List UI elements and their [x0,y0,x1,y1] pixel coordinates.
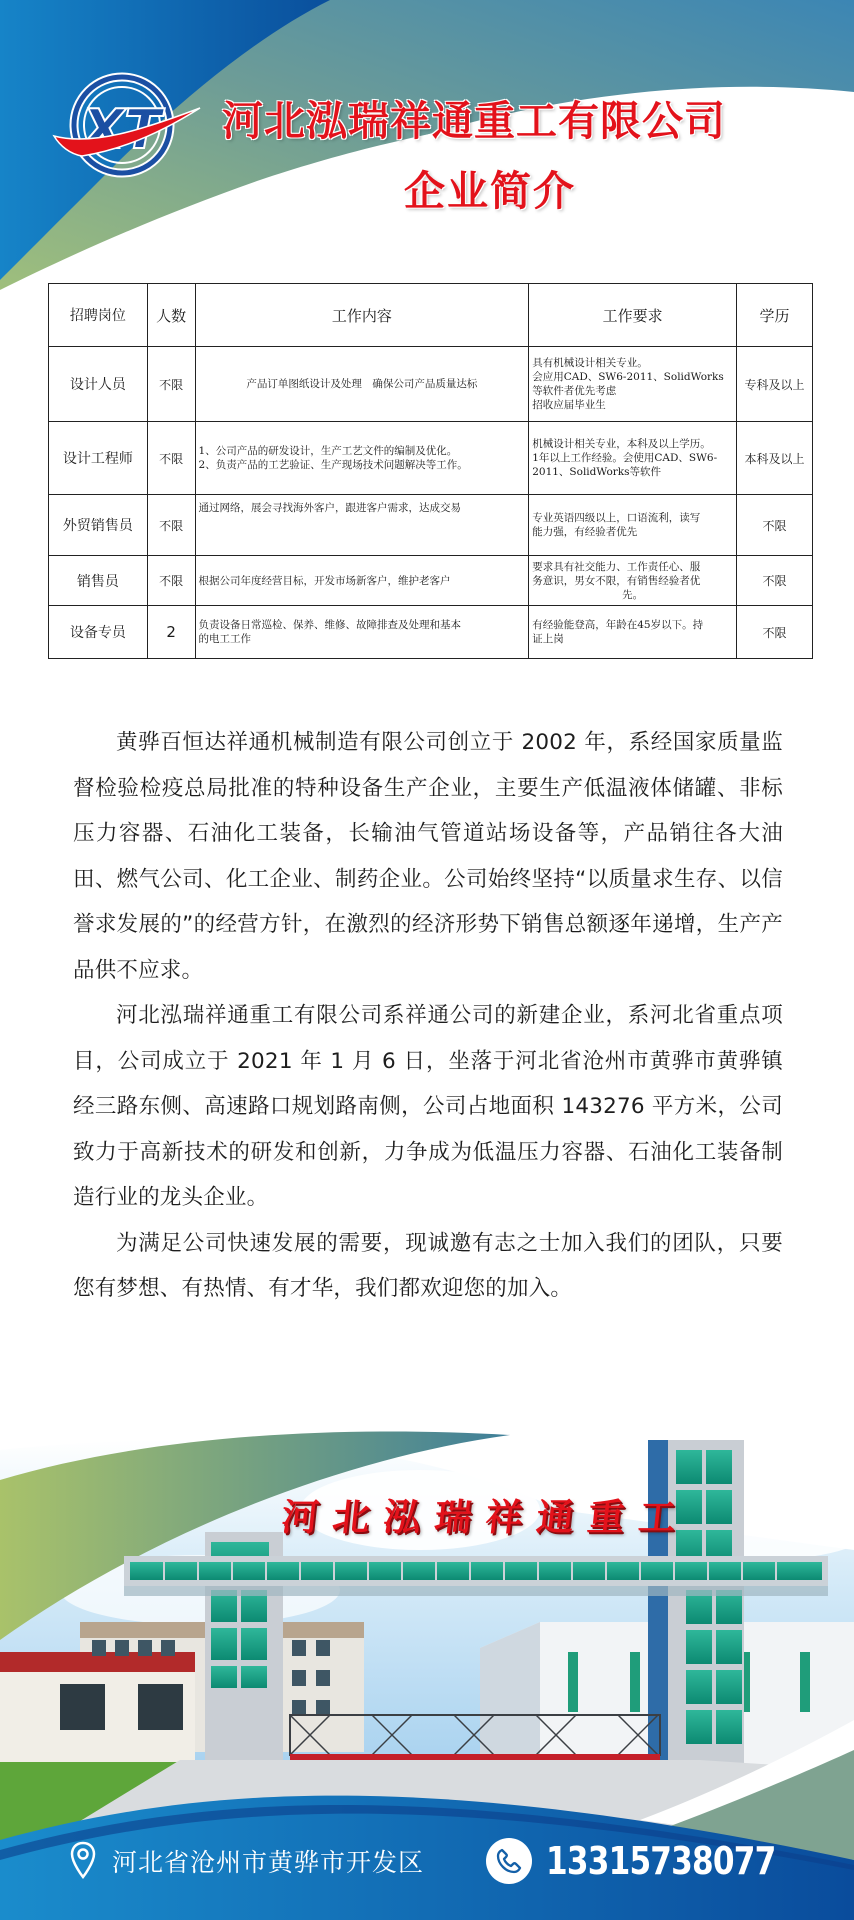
address-text: 河北省沧州市黄骅市开发区 [112,1843,424,1879]
table-row: 设计工程师 不限 1、公司产品的研发设计，生产工艺文件的编制及优化。 2、负责产… [49,422,813,495]
cell-education: 不限 [737,495,813,556]
cell-position: 设计人员 [49,347,148,422]
cell-content: 根据公司年度经营目标，开发市场新客户，维护老客户 [195,556,529,606]
gate-sign: 河北泓瑞祥通重工 [279,1487,693,1541]
table-row: 销售员 不限 根据公司年度经营目标，开发市场新客户，维护老客户 要求具有社交能力… [49,556,813,606]
cell-content: 产品订单图纸设计及处理 确保公司产品质量达标 [195,347,529,422]
cell-count: 2 [147,606,195,659]
phone-number[interactable]: 13315738077 [546,1839,775,1883]
req-line: 2011、SolidWorks等软件 [532,465,733,479]
req-line: 等软件者优先考虑 [532,384,733,398]
header-requirements: 工作要求 [529,284,737,347]
req-line: 能力强，有经验者优先 [532,525,733,539]
cell-content: 通过网络，展会寻找海外客户，跟进客户需求，达成交易 [195,495,529,556]
cell-position: 外贸销售员 [49,495,148,556]
cell-education: 不限 [737,606,813,659]
req-line: 有经验能登高，年龄在45岁以下。持 [532,618,733,632]
company-logo: XT [52,70,202,180]
cell-count: 不限 [147,422,195,495]
table-row: 设备专员 2 负责设备日常巡检、保养、维修、故障排查及处理和基本 的电工工作 有… [49,606,813,659]
header-banner: XT 河北泓瑞祥通重工有限公司 企业简介 [0,0,854,290]
page-subtitle: 企业简介 [404,158,576,217]
req-line: 证上岗 [532,632,733,646]
req-line: 1年以上工作经验。会使用CAD、SW6- [532,451,733,465]
address-block: 河北省沧州市黄骅市开发区 [70,1836,424,1886]
header-content: 工作内容 [195,284,529,347]
req-line: 会应用CAD、SW6-2011、SolidWorks [532,370,733,384]
req-line: 务意识，男女不限，有销售经验者优 [532,574,733,588]
header-position: 招聘岗位 [49,284,148,347]
content-line: 1、公司产品的研发设计，生产工艺文件的编制及优化。 [199,444,526,458]
company-title: 河北泓瑞祥通重工有限公司 [222,88,762,147]
company-introduction: 黄骅百恒达祥通机械制造有限公司创立于 2002 年，系经国家质量监督检验检疫总局… [73,720,783,1312]
header-education: 学历 [737,284,813,347]
phone-icon [486,1838,532,1884]
req-line: 先。 [532,588,733,602]
content-line: 负责设备日常巡检、保养、维修、故障排查及处理和基本 [199,618,526,632]
phone-block[interactable]: 13315738077 [486,1836,826,1886]
intro-paragraph: 为满足公司快速发展的需要，现诚邀有志之士加入我们的团队，只要您有梦想、有热情、有… [73,1221,783,1312]
cell-position: 设计工程师 [49,422,148,495]
recruitment-table: 招聘岗位 人数 工作内容 工作要求 学历 设计人员 不限 产品订单图纸设计及处理… [48,283,813,659]
req-line: 机械设计相关专业，本科及以上学历。 [532,437,733,451]
intro-paragraph: 黄骅百恒达祥通机械制造有限公司创立于 2002 年，系经国家质量监督检验检疫总局… [73,720,783,993]
table-row: 外贸销售员 不限 通过网络，展会寻找海外客户，跟进客户需求，达成交易 专业英语四… [49,495,813,556]
req-line: 要求具有社交能力、工作责任心、服 [532,560,733,574]
content-line: 通过网络，展会寻找海外客户，跟进客户需求，达成交易 [199,501,526,515]
content-line: 产品订单图纸设计及处理 确保公司产品质量达标 [199,377,526,391]
req-line: 招收应届毕业生 [532,398,733,412]
cell-content: 负责设备日常巡检、保养、维修、故障排查及处理和基本 的电工工作 [195,606,529,659]
cell-requirements: 机械设计相关专业，本科及以上学历。 1年以上工作经验。会使用CAD、SW6- 2… [529,422,737,495]
table-row: 设计人员 不限 产品订单图纸设计及处理 确保公司产品质量达标 具有机械设计相关专… [49,347,813,422]
cell-education: 不限 [737,556,813,606]
cell-count: 不限 [147,347,195,422]
cell-requirements: 专业英语四级以上，口语流利，读写 能力强，有经验者优先 [529,495,737,556]
cell-content: 1、公司产品的研发设计，生产工艺文件的编制及优化。 2、负责产品的工艺验证、生产… [195,422,529,495]
intro-paragraph: 河北泓瑞祥通重工有限公司系祥通公司的新建企业，系河北省重点项目，公司成立于 20… [73,993,783,1221]
table-header-row: 招聘岗位 人数 工作内容 工作要求 学历 [49,284,813,347]
content-line: 根据公司年度经营目标，开发市场新客户，维护老客户 [199,574,526,588]
cell-requirements: 具有机械设计相关专业。 会应用CAD、SW6-2011、SolidWorks 等… [529,347,737,422]
req-line: 专业英语四级以上，口语流利，读写 [532,511,733,525]
cell-requirements: 有经验能登高，年龄在45岁以下。持 证上岗 [529,606,737,659]
cell-education: 本科及以上 [737,422,813,495]
content-line: 的电工工作 [199,632,526,646]
header-count: 人数 [147,284,195,347]
cell-requirements: 要求具有社交能力、工作责任心、服 务意识，男女不限，有销售经验者优 先。 [529,556,737,606]
location-pin-icon [70,1841,96,1881]
cell-position: 销售员 [49,556,148,606]
cell-position: 设备专员 [49,606,148,659]
cell-count: 不限 [147,495,195,556]
req-line: 具有机械设计相关专业。 [532,356,733,370]
content-line: 2、负责产品的工艺验证、生产现场技术问题解决等工作。 [199,458,526,472]
cell-count: 不限 [147,556,195,606]
cell-education: 专科及以上 [737,347,813,422]
